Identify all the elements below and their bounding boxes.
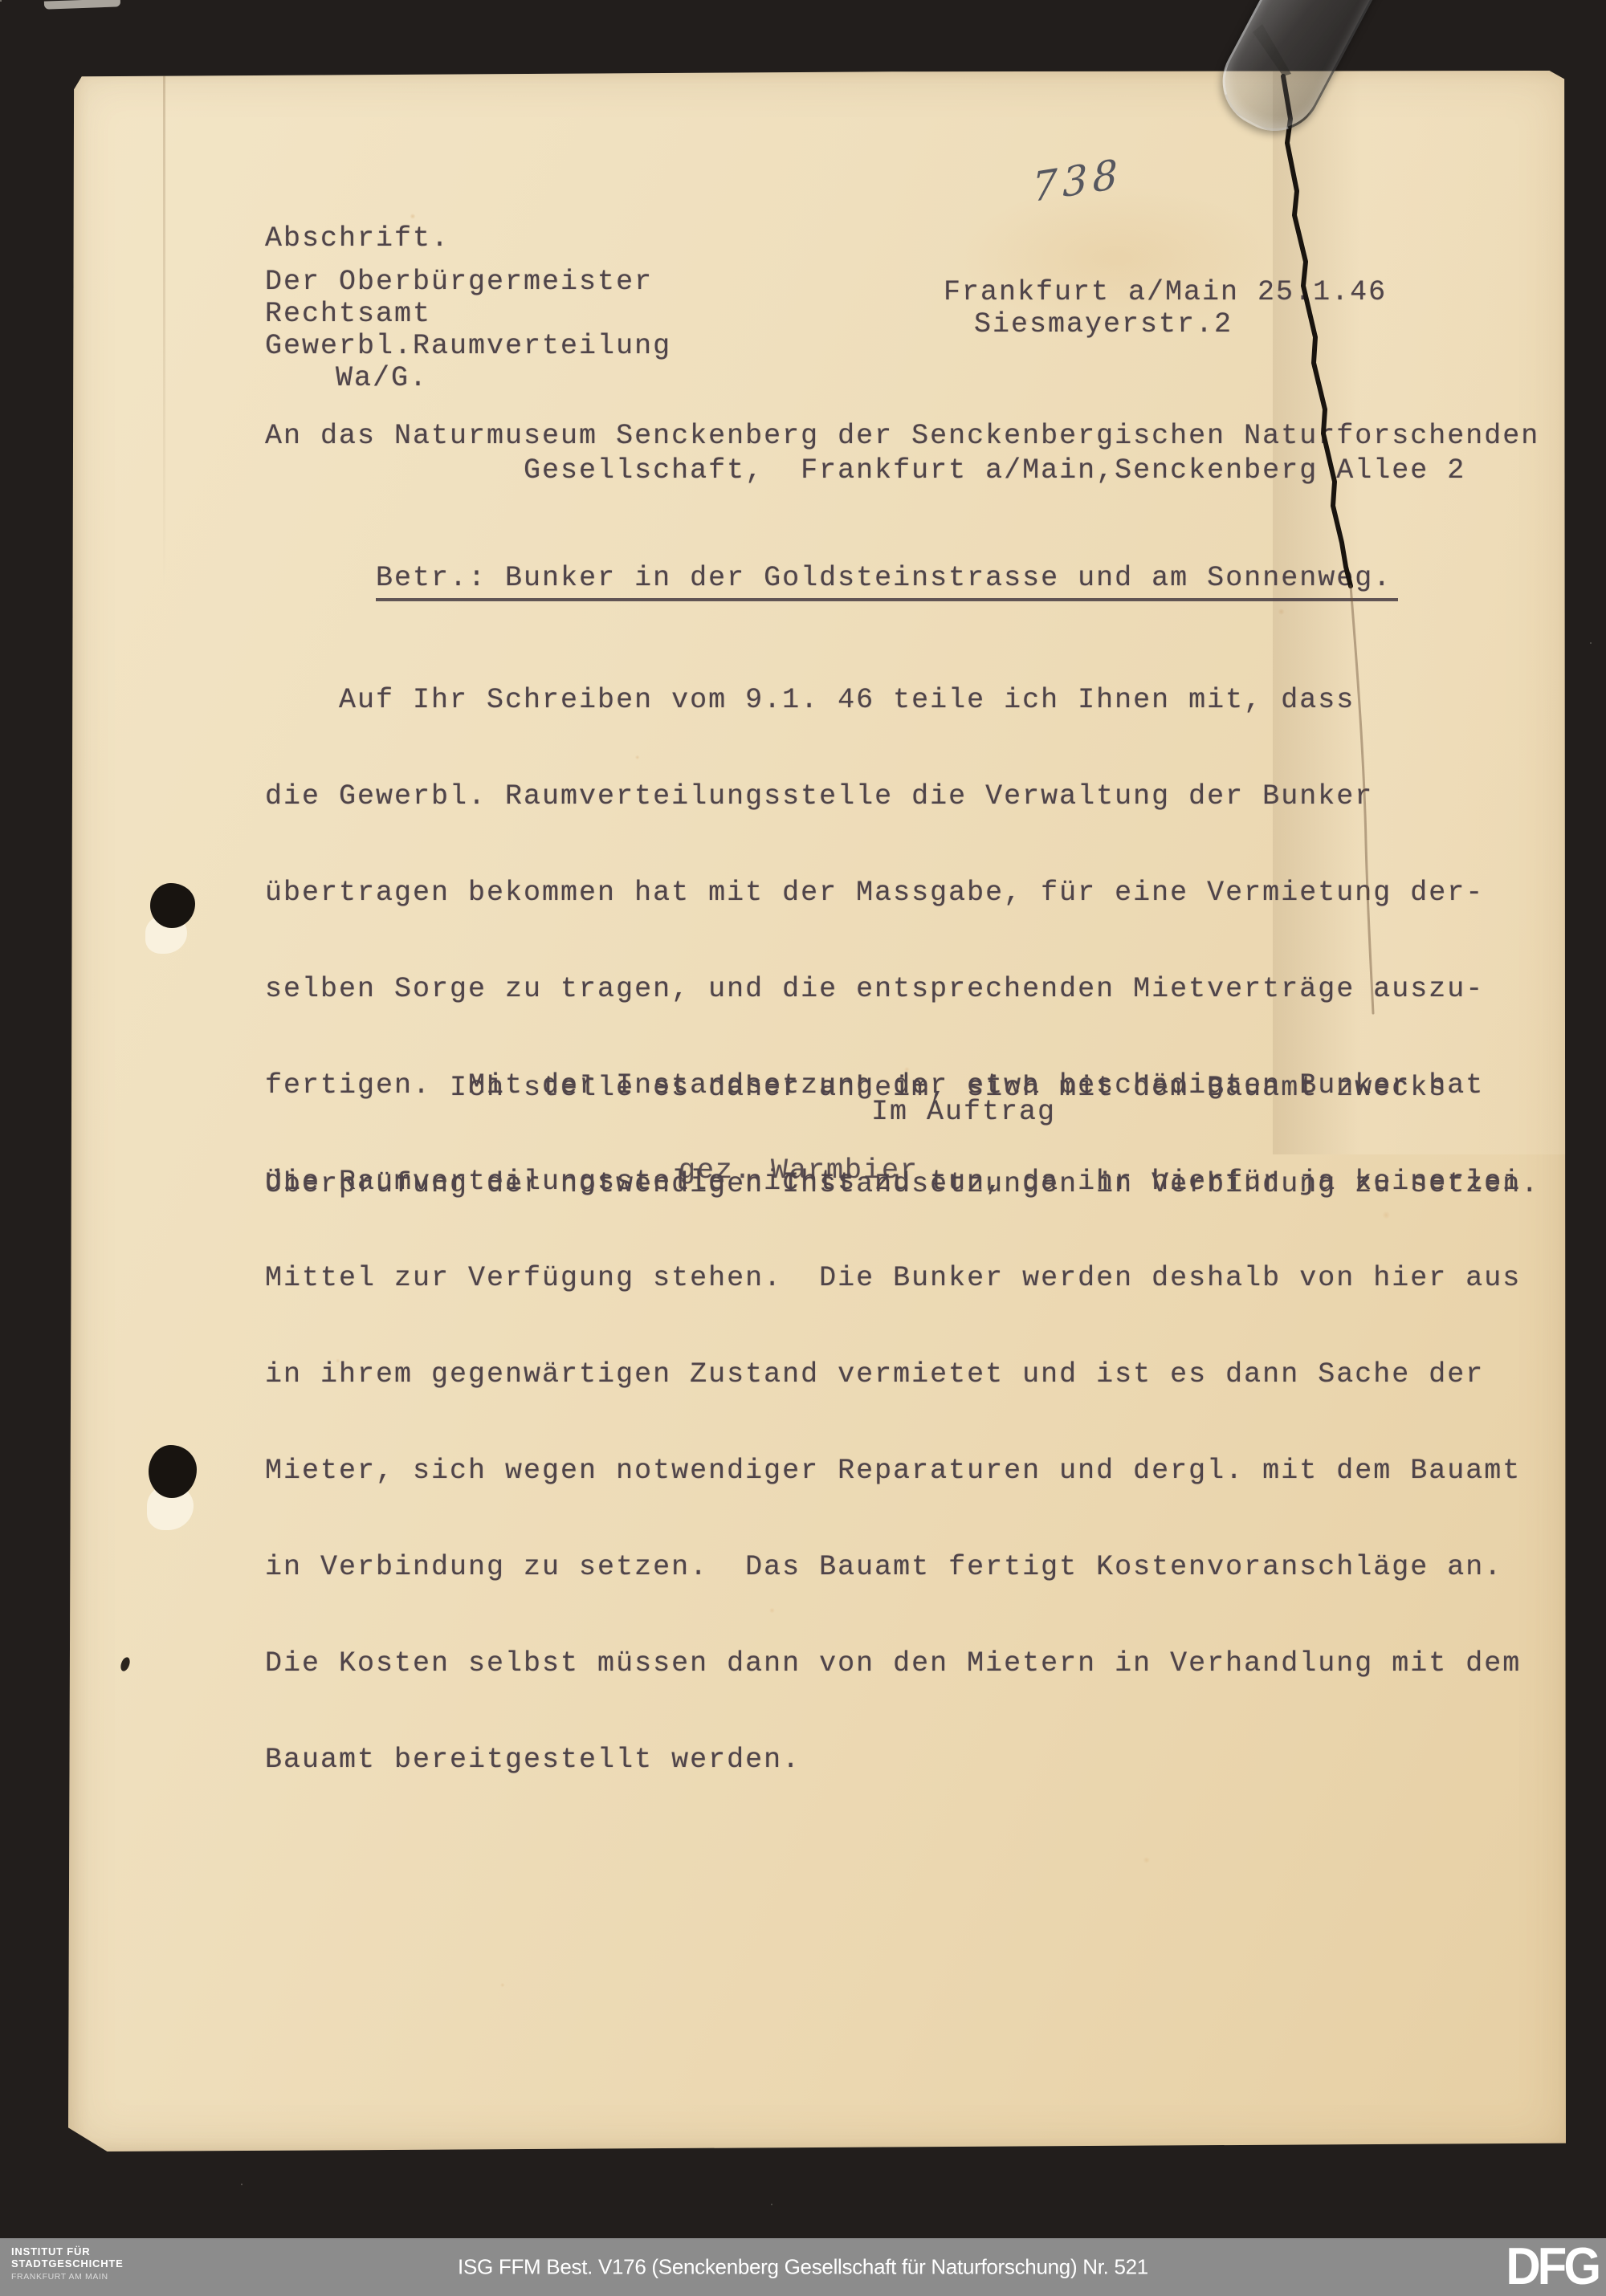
handwritten-page-number: 738 [1032, 150, 1123, 211]
letter-sheet: 738 Abschrift. Der Oberbürgermeister Rec… [68, 71, 1566, 2151]
body-line: Die Kosten selbst müssen dann von den Mi… [265, 1647, 1521, 1679]
paper-crease [163, 75, 165, 589]
body-line: Bauamt bereitgestellt werden. [265, 1744, 1521, 1776]
sender-street: Siesmayerstr.2 [974, 308, 1233, 340]
institute-name-line2: STADTGESCHICHTE [11, 2257, 124, 2270]
sender-line-1: Der Oberbürgermeister [265, 266, 653, 298]
closing-line: Im Auftrag [871, 1096, 1056, 1128]
subject-line: Betr.: Bunker in der Goldsteinstrasse un… [265, 530, 1398, 633]
dust-specks [0, 0, 2, 2]
mat-sliver [44, 0, 120, 10]
ink-mark [119, 1656, 132, 1672]
institute-logo-block: INSTITUT FÜR STADTGESCHICHTE FRANKFURT A… [11, 2245, 124, 2283]
signature-line: gez. Warmbier [679, 1154, 919, 1187]
body-line: Mittel zur Verfügung stehen. Die Bunker … [265, 1262, 1521, 1294]
sender-line-3: Gewerbl.Raumverteilung [265, 330, 671, 362]
body-line: in Verbindung zu setzen. Das Bauamt fert… [265, 1551, 1521, 1583]
subject-text: Betr.: Bunker in der Goldsteinstrasse un… [376, 562, 1398, 601]
body-line: übertragen bekommen hat mit der Massgabe… [265, 877, 1521, 909]
recipient-line-1: An das Naturmuseum Senckenberg der Senck… [265, 420, 1539, 452]
archive-reference: ISG FFM Best. V176 (Senckenberg Gesellsc… [458, 2255, 1148, 2280]
body-line: Mieter, sich wegen notwendiger Reparatur… [265, 1455, 1521, 1487]
archival-scan-page: 738 Abschrift. Der Oberbürgermeister Rec… [0, 0, 1606, 2296]
institute-city: FRANKFURT AM MAIN [11, 2271, 124, 2283]
recipient-line-2: Gesellschaft, Frankfurt a/Main,Senckenbe… [265, 454, 1465, 486]
sender-line-2: Rechtsamt [265, 298, 431, 330]
body-paragraph-2: Ich stelle es daher anheim, sich mit dem… [265, 1008, 1539, 1264]
body-line: in ihrem gegenwärtigen Zustand vermietet… [265, 1358, 1521, 1390]
body-line: selben Sorge zu tragen, und die entsprec… [265, 973, 1521, 1005]
dfg-logo: DFG [1506, 2236, 1598, 2296]
body-line: Auf Ihr Schreiben vom 9.1. 46 teile ich … [265, 684, 1521, 716]
body-line: die Gewerbl. Raumverteilungsstelle die V… [265, 780, 1521, 812]
copy-label: Abschrift. [265, 222, 450, 254]
archive-footer: INSTITUT FÜR STADTGESCHICHTE FRANKFURT A… [0, 2238, 1606, 2296]
punch-hole [150, 883, 195, 928]
institute-name-line1: INSTITUT FÜR [11, 2245, 124, 2257]
punch-hole [149, 1445, 197, 1498]
date-line: Frankfurt a/Main 25.1.46 [944, 276, 1387, 308]
sender-ref: Wa/G. [336, 362, 428, 394]
